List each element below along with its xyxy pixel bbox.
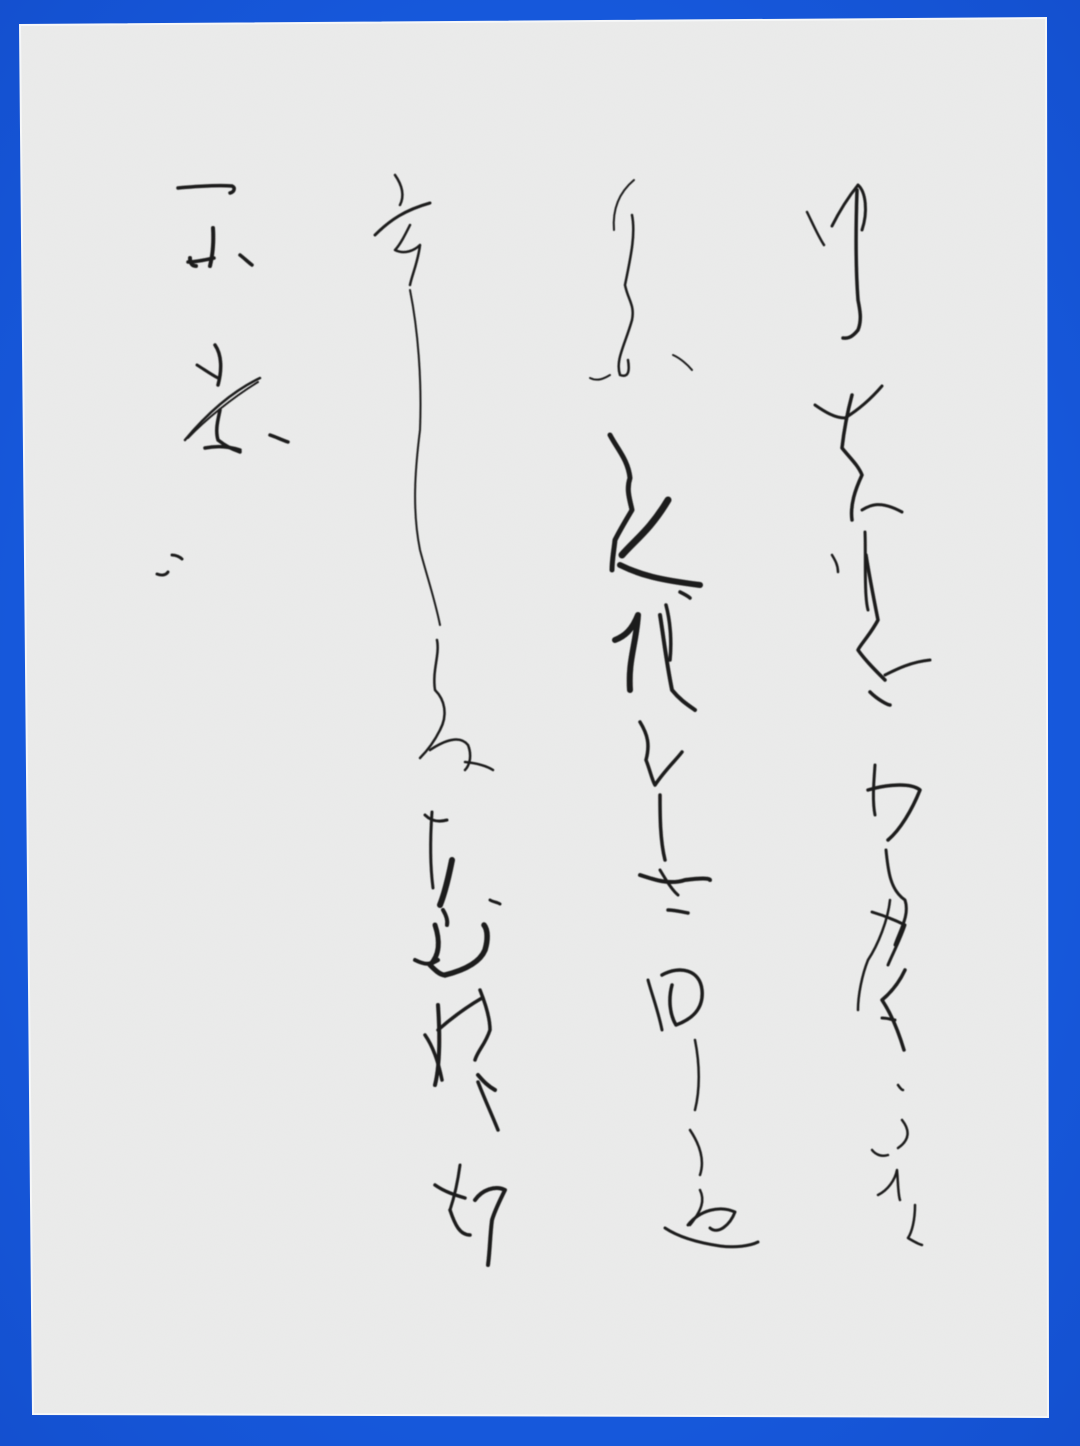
calligraphy-artwork xyxy=(0,0,1080,1446)
paper-sheet xyxy=(0,0,1080,1446)
